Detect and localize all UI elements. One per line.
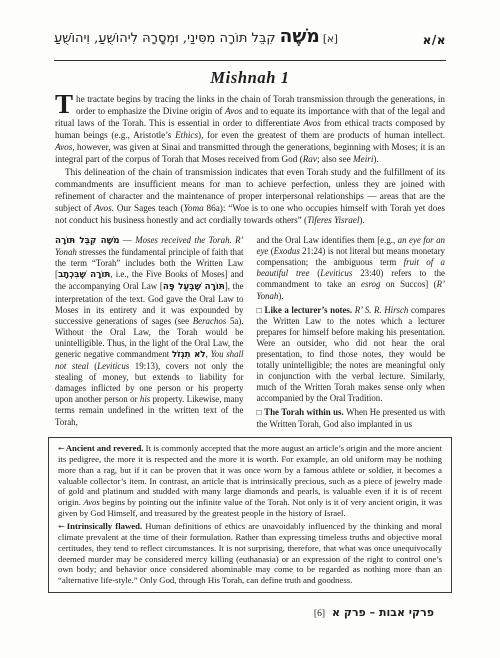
commentary-paragraph: and the Oral Law identifies them [e.g., … [257, 235, 446, 302]
insight-arrow-icon: ↞ [58, 444, 66, 453]
mishnah-hebrew-text: קִבֵּל תּוֹרָה מִסִּינַי, וּמְסָרָהּ לִי… [54, 31, 276, 46]
book-page: א/א [א]מֹשֶׁהקִבֵּל תּוֹרָה מִסִּינַי, ו… [0, 0, 500, 658]
commentary-paragraph: □ The Torah within us. When He presented… [257, 407, 446, 429]
overview-text-1: he tractate begins by tracing the links … [55, 94, 445, 164]
overview-paragraph-1: The tractate begins by tracing the links… [55, 93, 445, 166]
overview-section: The tractate begins by tracing the links… [55, 93, 445, 226]
commentary-right-column: and the Oral Law identifies them [e.g., … [257, 235, 446, 430]
header-divider [54, 60, 446, 61]
commentary-columns: מֹשֶׁה קִבֵּל תּוֹרָה — Moses received t… [55, 235, 445, 430]
commentary-paragraph: □ Like a lecturer’s notes. R’ S. R. Hirs… [257, 305, 446, 405]
commentary-paragraph: מֹשֶׁה קִבֵּל תּוֹרָה — Moses received t… [55, 235, 244, 428]
insight-paragraph: ↞ Intrinsically flawed. Human definition… [58, 521, 442, 586]
page-number: [6] [314, 609, 325, 619]
commentary-left-column: מֹשֶׁה קִבֵּל תּוֹרָה — Moses received t… [55, 235, 244, 430]
square-bullet-icon: □ [257, 305, 265, 315]
overview-paragraph-2: This delineation of the chain of transmi… [55, 166, 445, 226]
mishnah-letter-ref: [א] [323, 33, 338, 45]
insights-box: ↞ Ancient and revered. It is commonly ac… [48, 437, 452, 593]
page-footer: [6]פרקי אבות – פרק א [55, 603, 445, 621]
mishnah-first-word: מֹשֶׁה [280, 26, 320, 47]
mishnah-opening-line: [א]מֹשֶׁהקִבֵּל תּוֹרָה מִסִּינַי, וּמְס… [54, 26, 338, 47]
running-title: פרקי אבות – פרק א [332, 606, 434, 619]
page-header: א/א [א]מֹשֶׁהקִבֵּל תּוֹרָה מִסִּינַי, ו… [54, 26, 446, 47]
chapter-mishnah-marker: א/א [423, 33, 446, 47]
insight-arrow-icon: ↞ [58, 522, 67, 531]
mishnah-title: Mishnah 1 [0, 68, 500, 88]
dropcap-letter: T [55, 93, 76, 115]
insight-paragraph: ↞ Ancient and revered. It is commonly ac… [58, 443, 442, 519]
